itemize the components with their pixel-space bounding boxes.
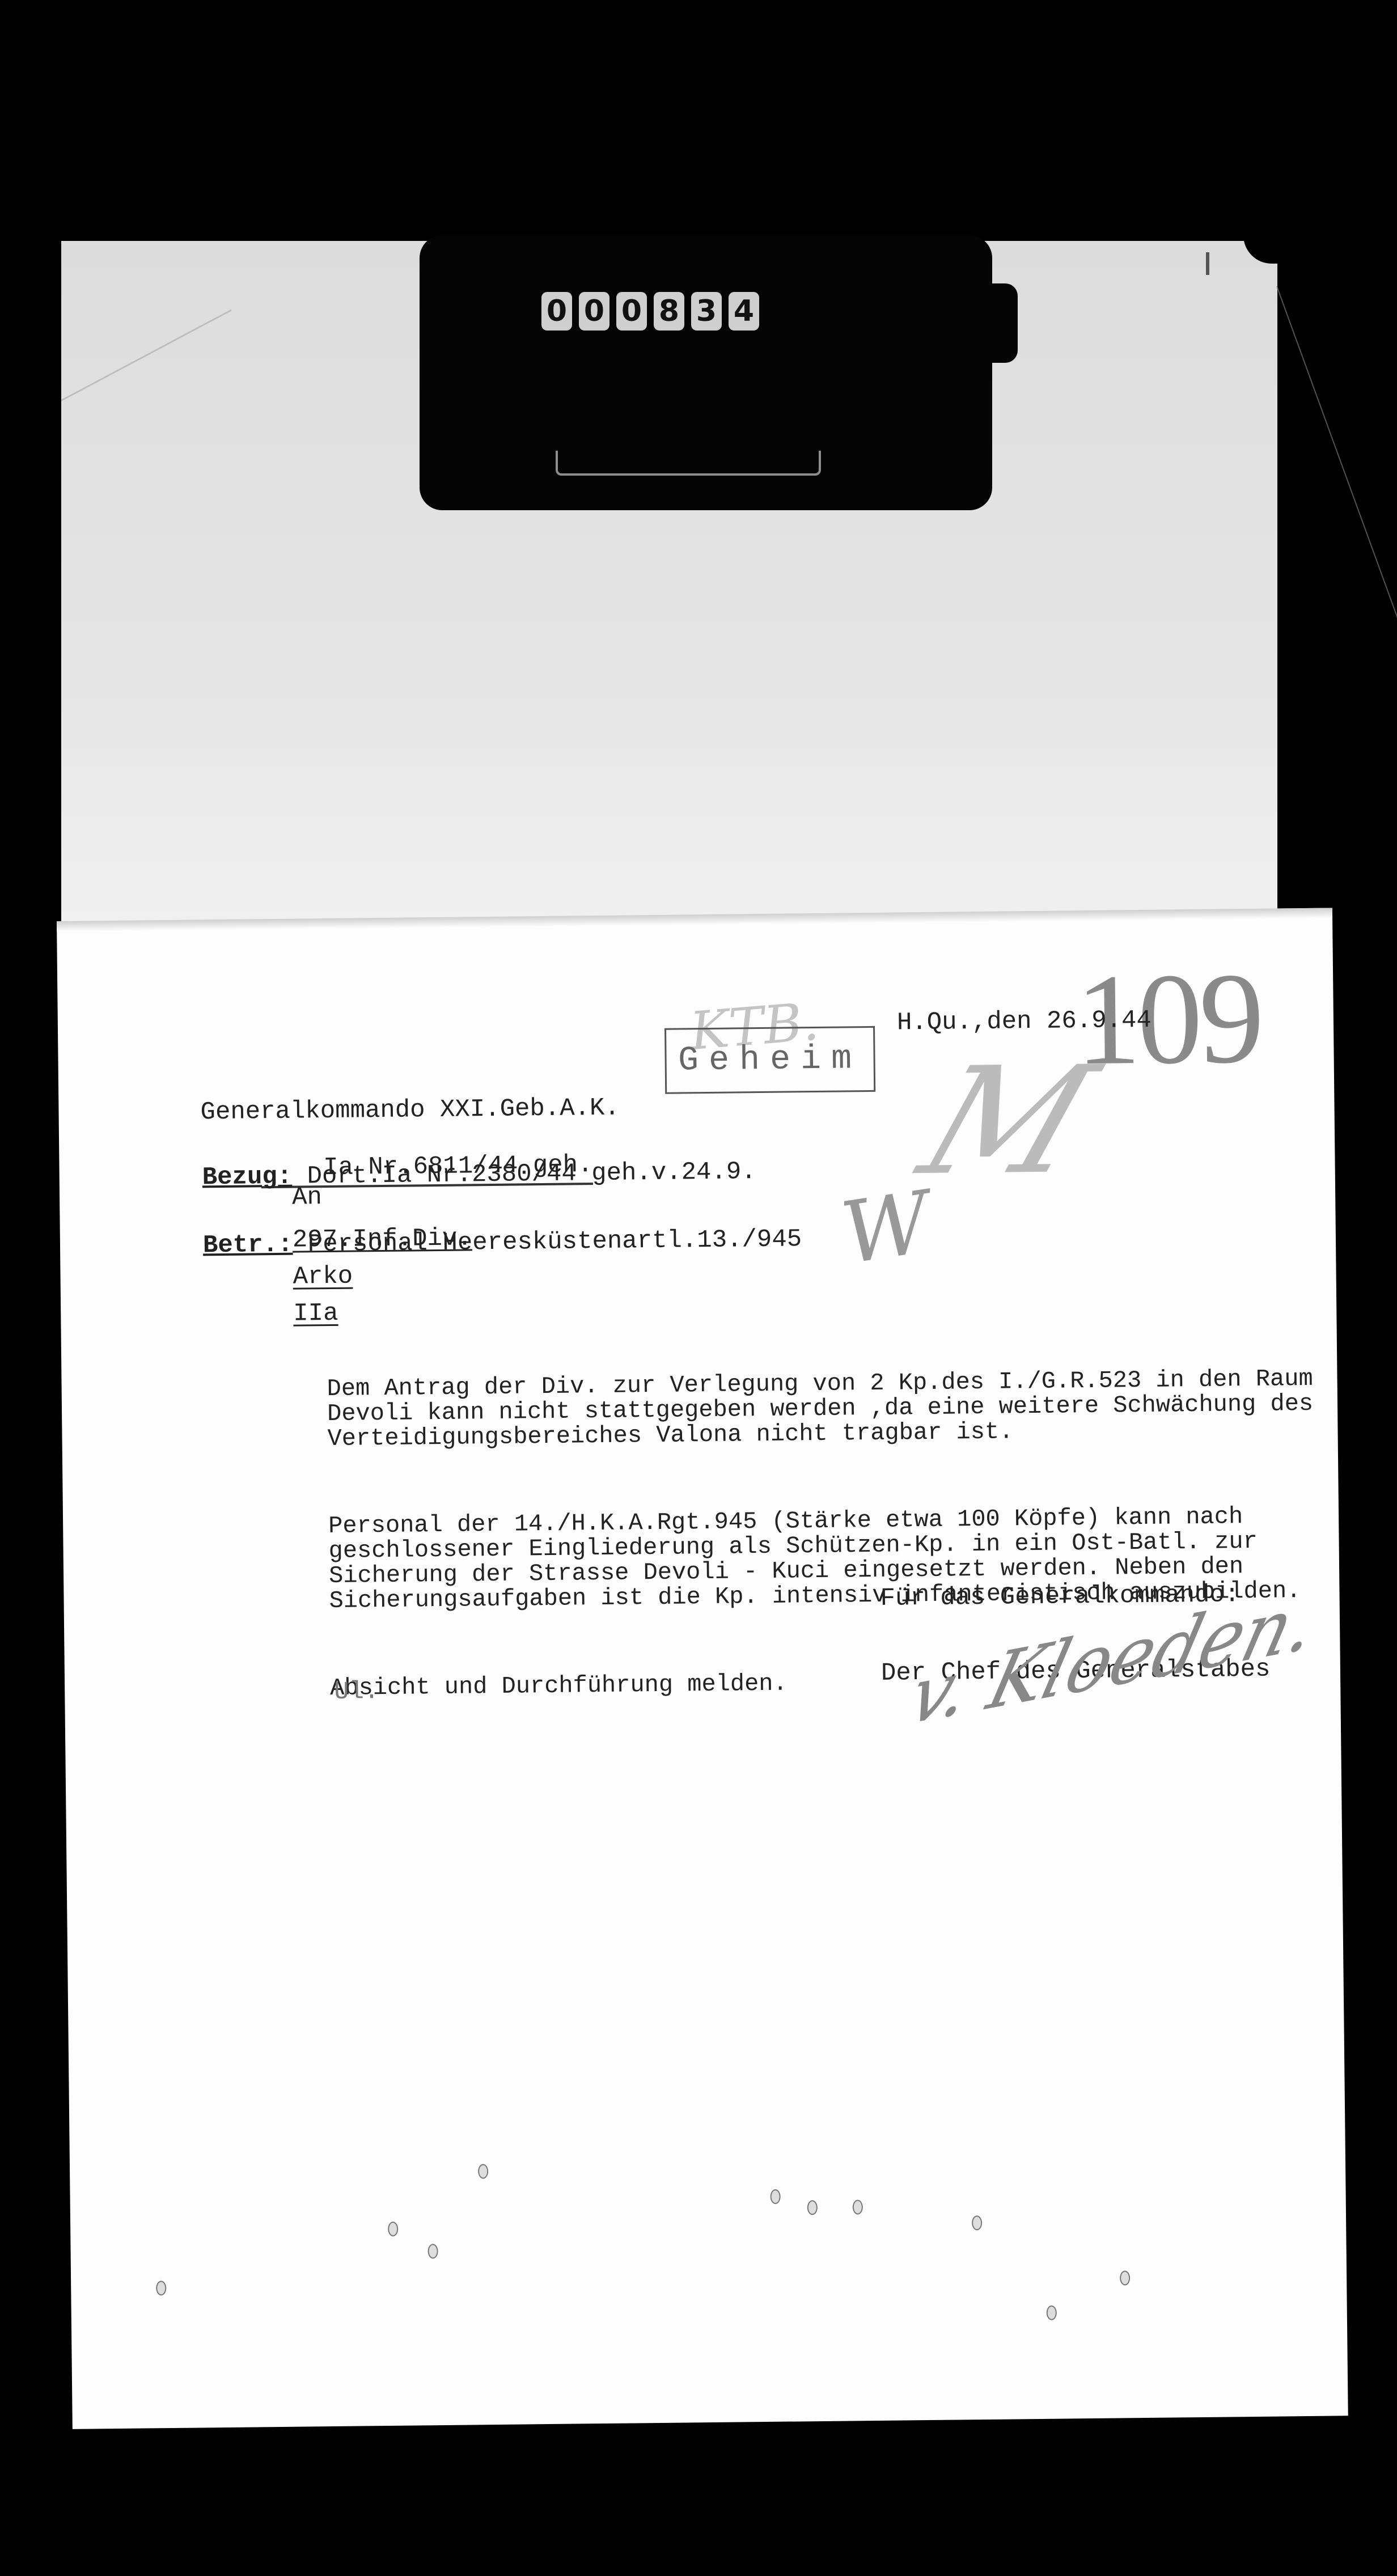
bezug-label: Bezug: [202, 1163, 292, 1192]
handwritten-initials: M [901, 1035, 1113, 1208]
counter-digit: 0 [579, 292, 609, 331]
paper-fold-left [61, 150, 231, 401]
pencil-mark [1206, 252, 1209, 275]
place-date: H.Qu.,den 26.9.44 [897, 1006, 1152, 1037]
dust-speck [853, 2200, 863, 2214]
addressee: IIa [293, 1301, 338, 1327]
handwritten-paraf: W [836, 1173, 937, 1283]
counter-digit: 0 [541, 292, 572, 331]
letter-page: 109 KTB. Generalkommando XXI.Geb.A.K. Ia… [57, 908, 1348, 2429]
frame-counter-device: 0 0 0 8 3 4 [420, 235, 992, 510]
counter-slot [556, 451, 821, 476]
sheet-corner-notch [1243, 235, 1283, 264]
dust-speck [388, 2222, 398, 2236]
dust-speck [1047, 2306, 1057, 2320]
dust-speck [807, 2200, 818, 2215]
counter-digit: 8 [654, 292, 684, 331]
dust-speck [972, 2215, 982, 2230]
counter-digit: 3 [691, 292, 722, 331]
bezug-text: Dort.Ia Nr.2380/44 geh.v.24.9. [292, 1158, 756, 1191]
betr-label: Betr.: [203, 1231, 293, 1260]
counter-knob [967, 283, 1018, 363]
addressee-intro: An [292, 1185, 322, 1210]
dust-speck [1120, 2270, 1130, 2285]
body-paragraph: Dem Antrag der Div. zur Verlegung von 2 … [327, 1366, 1348, 1451]
addressee: Arko [293, 1264, 353, 1290]
dust-speck [427, 2244, 438, 2259]
counter-digits: 0 0 0 8 3 4 [541, 292, 759, 331]
addressee: 297.Inf.Div. [293, 1226, 472, 1252]
dust-speck [478, 2164, 488, 2179]
dust-speck [156, 2281, 166, 2295]
counter-digit: 0 [616, 292, 647, 331]
paper-fold-right [1276, 286, 1397, 659]
classification-stamp: Geheim [664, 1026, 875, 1094]
footer-code: Ul. [334, 1677, 379, 1706]
dust-speck [770, 2189, 780, 2204]
counter-digit: 4 [729, 292, 759, 331]
